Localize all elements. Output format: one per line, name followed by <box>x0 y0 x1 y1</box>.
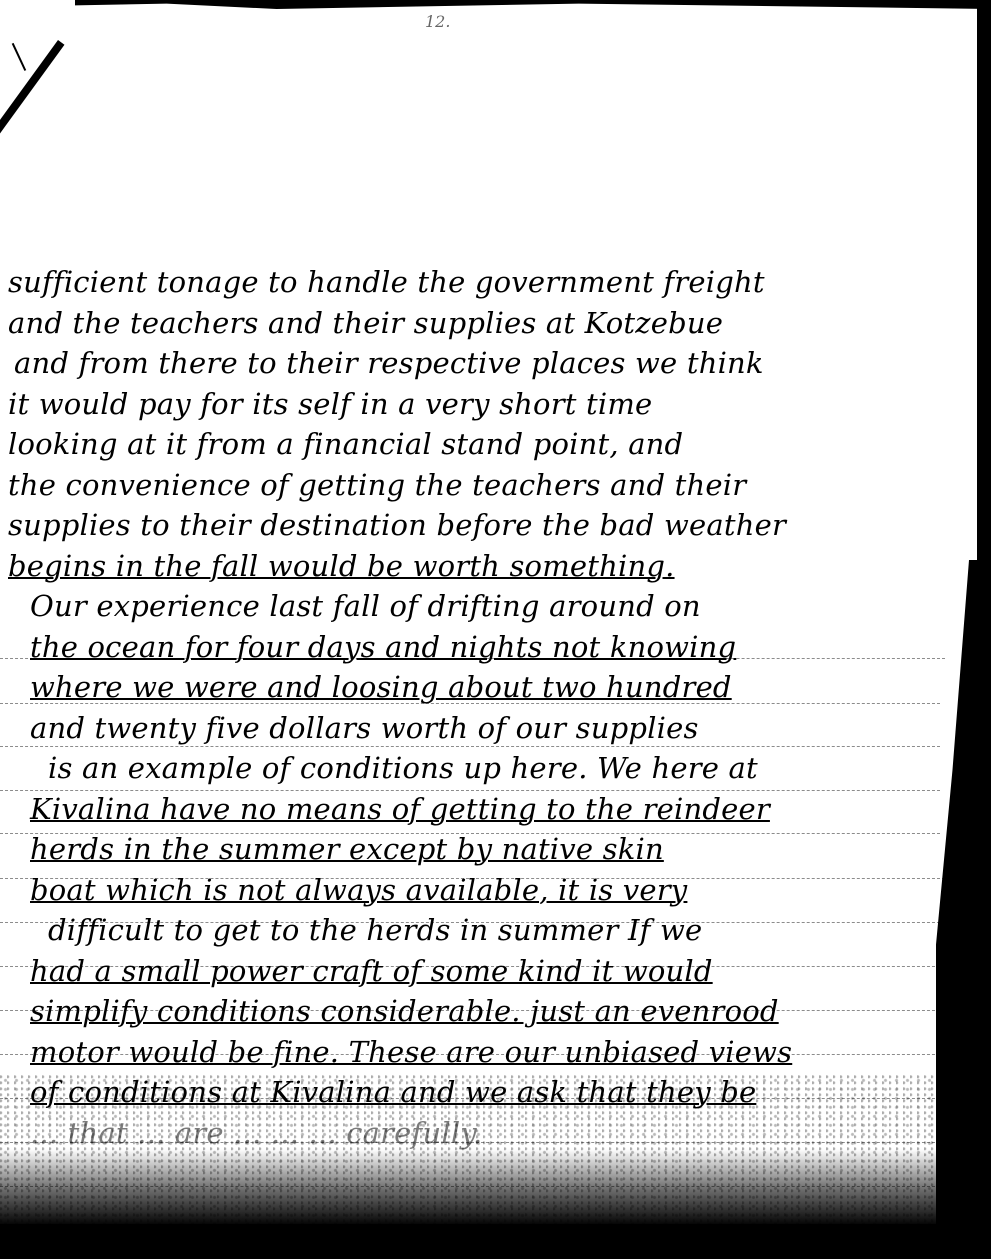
text-line: difficult to get to the herds in summer … <box>8 910 968 951</box>
text-line: and twenty five dollars worth of our sup… <box>8 708 968 749</box>
text-line: begins in the fall would be worth someth… <box>8 546 968 587</box>
text-line: and the teachers and their supplies at K… <box>8 303 968 344</box>
text-line: the convenience of getting the teachers … <box>8 465 968 506</box>
scanned-letter-page: 12. sufficient tonage to handle the gove… <box>0 0 991 1259</box>
text-line: motor would be fine. These are our unbia… <box>8 1032 968 1073</box>
handwritten-body: sufficient tonage to handle the governme… <box>8 262 968 1153</box>
text-line: had a small power craft of some kind it … <box>8 951 968 992</box>
text-line: is an example of conditions up here. We … <box>8 748 968 789</box>
text-line: herds in the summer except by native ski… <box>8 829 968 870</box>
text-line: Kivalina have no means of getting to the… <box>8 789 968 830</box>
diagonal-pen-stroke <box>0 40 64 142</box>
scan-top-edge-shadow <box>75 0 991 9</box>
thin-pen-mark <box>12 43 26 71</box>
page-number-mark: 12. <box>425 12 450 31</box>
text-line: Our experience last fall of drifting aro… <box>8 586 968 627</box>
text-line: sufficient tonage to handle the governme… <box>8 262 968 303</box>
text-line: looking at it from a financial stand poi… <box>8 424 968 465</box>
text-line: simplify conditions considerable. just a… <box>8 991 968 1032</box>
text-line: and from there to their respective place… <box>8 343 968 384</box>
text-line: boat which is not always available, it i… <box>8 870 968 911</box>
text-line: the ocean for four days and nights not k… <box>8 627 968 668</box>
scan-bottom-edge <box>0 1224 991 1259</box>
text-line: supplies to their destination before the… <box>8 505 968 546</box>
text-line: where we were and loosing about two hund… <box>8 667 968 708</box>
text-line: it would pay for its self in a very shor… <box>8 384 968 425</box>
